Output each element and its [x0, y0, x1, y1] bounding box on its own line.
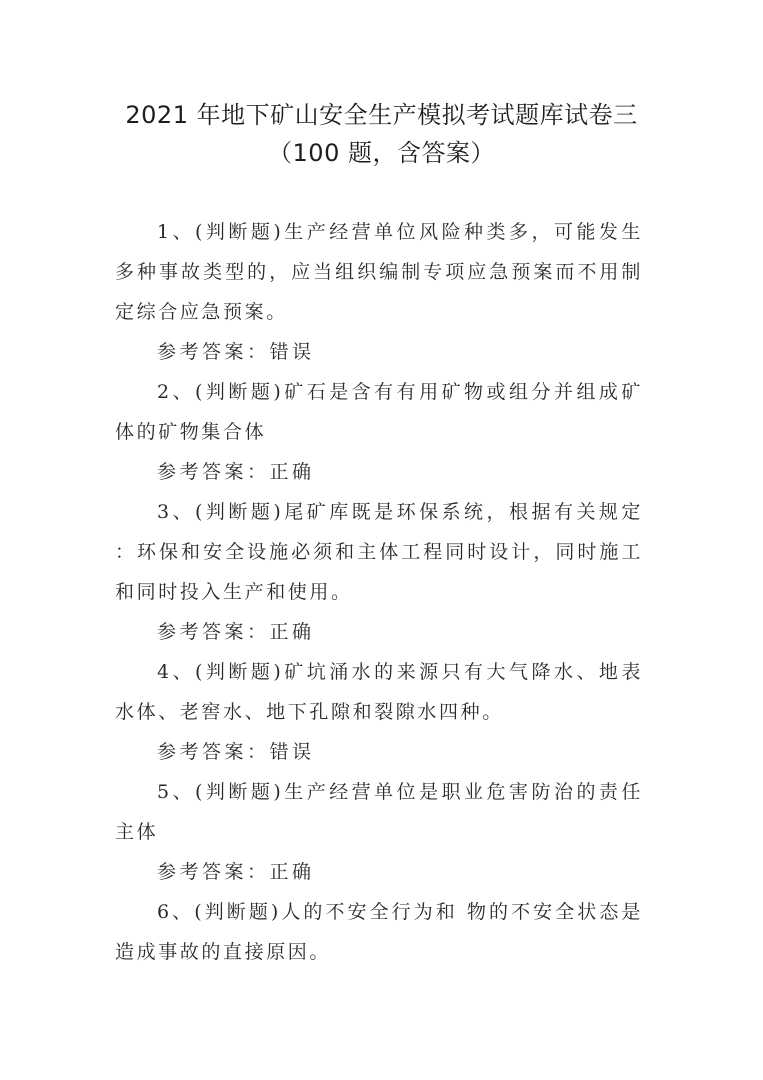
answer-3: 参考答案：正确 — [115, 612, 643, 652]
document-page: 2021 年地下矿山安全生产模拟考试题库试卷三 （100 题，含答案） 1、(判… — [0, 0, 763, 1080]
question-5: 5、(判断题)生产经营单位是职业危害防治的责任主体 — [115, 772, 643, 852]
question-6: 6、(判断题)人的不安全行为和 物的不安全状态是造成事故的直接原因。 — [115, 892, 643, 972]
document-title: 2021 年地下矿山安全生产模拟考试题库试卷三 — [0, 96, 763, 134]
question-1: 1、(判断题)生产经营单位风险种类多，可能发生多种事故类型的，应当组织编制专项应… — [115, 212, 643, 332]
answer-4: 参考答案：错误 — [115, 732, 643, 772]
question-3: 3、(判断题)尾矿库既是环保系统，根据有关规定 ：环保和安全设施必须和主体工程同… — [115, 492, 643, 612]
answer-2: 参考答案：正确 — [115, 452, 643, 492]
answer-5: 参考答案：正确 — [115, 852, 643, 892]
question-list: 1、(判断题)生产经营单位风险种类多，可能发生多种事故类型的，应当组织编制专项应… — [115, 212, 643, 972]
question-2: 2、(判断题)矿石是含有有用矿物或组分并组成矿体的矿物集合体 — [115, 372, 643, 452]
document-subtitle: （100 题，含答案） — [0, 134, 763, 172]
question-4: 4、(判断题)矿坑涌水的来源只有大气降水、地表水体、老窖水、地下孔隙和裂隙水四种… — [115, 652, 643, 732]
answer-1: 参考答案：错误 — [115, 332, 643, 372]
